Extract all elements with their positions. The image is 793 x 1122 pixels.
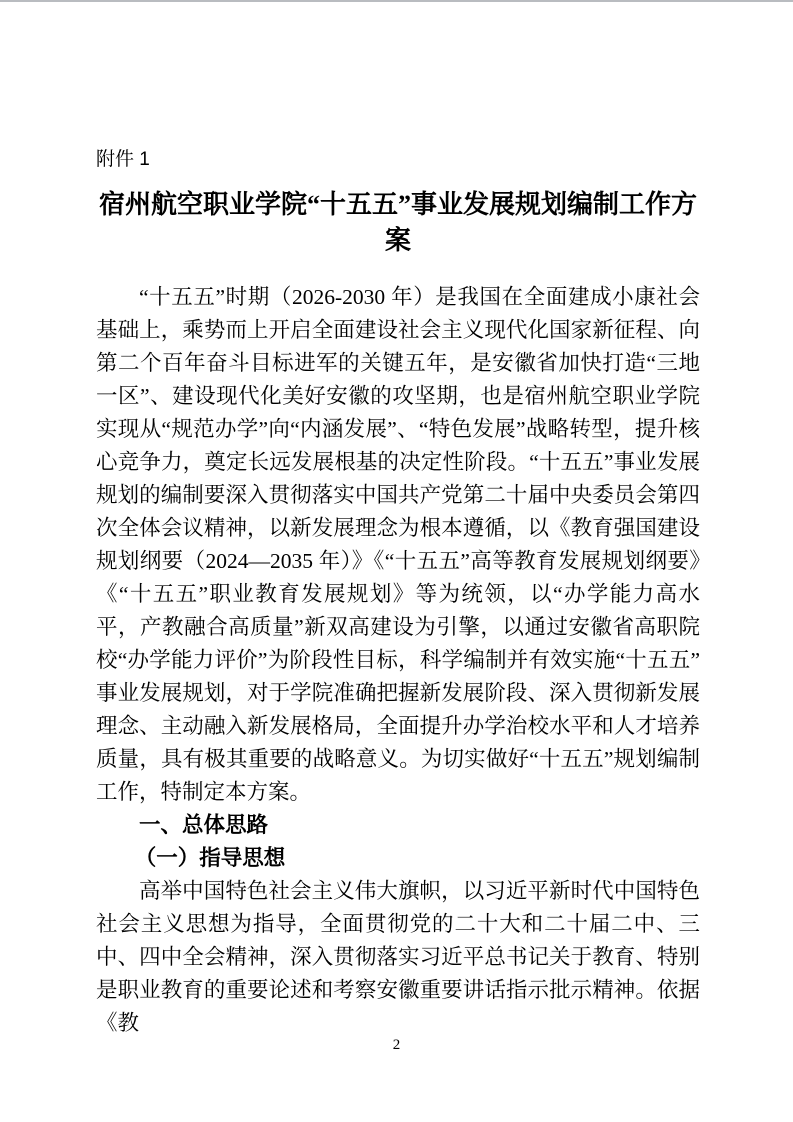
- section-heading-overall-approach: 一、总体思路: [96, 809, 700, 842]
- document-content: 附件 1 宿州航空职业学院“十五五”事业发展规划编制工作方案 “十五五”时期（2…: [96, 147, 700, 1040]
- document-page: 附件 1 宿州航空职业学院“十五五”事业发展规划编制工作方案 “十五五”时期（2…: [0, 0, 793, 1122]
- attachment-label: 附件 1: [96, 147, 700, 173]
- document-title: 宿州航空职业学院“十五五”事业发展规划编制工作方案: [96, 187, 700, 259]
- page-number: 2: [0, 1036, 793, 1054]
- guiding-ideology-paragraph: 高举中国特色社会主义伟大旗帜，以习近平新时代中国特色社会主义思想为指导，全面贯彻…: [96, 875, 700, 1040]
- intro-paragraph: “十五五”时期（2026-2030 年）是我国在全面建成小康社会基础上，乘势而上…: [96, 281, 700, 809]
- subsection-heading-guiding-ideology: （一）指导思想: [96, 842, 700, 875]
